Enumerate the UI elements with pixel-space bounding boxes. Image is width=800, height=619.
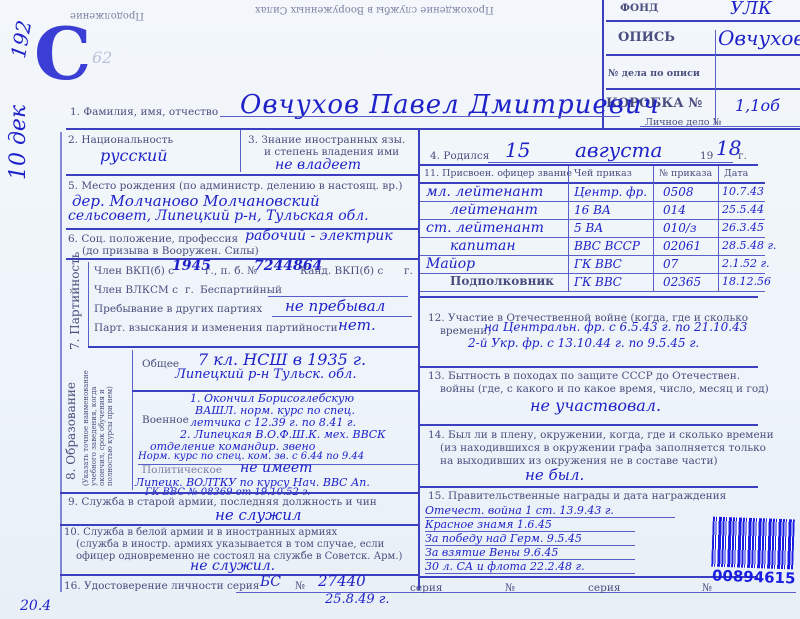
ranks-header-cell: Чей приказ — [574, 168, 632, 179]
id-card-series2-label: серия — [410, 582, 442, 594]
margin-note-vertical: 10 дек — [6, 105, 31, 180]
birth-label: 4. Родился — [430, 150, 489, 162]
ranks-header-cell: 11. Присвоен. офицер звание — [424, 168, 572, 179]
rank-date: 25.5.44 — [722, 203, 764, 216]
rank-name: мл. лейтенант — [426, 184, 543, 200]
barcode-number: 00894615 — [712, 567, 796, 588]
birth-day: 15 — [505, 138, 530, 162]
social-label-1: 6. Соц. положение, профессия — [68, 233, 238, 245]
languages-label-1: 3. Знание иностранных язы. — [248, 134, 405, 146]
languages-value: не владеет — [275, 157, 361, 173]
personnel-record-card: Продолжение Прохождение службы в Вооруже… — [0, 0, 800, 619]
captivity-label-1: 14. Был ли в плену, окружении, когда, гд… — [428, 429, 774, 441]
award-item: Отечест. война 1 ст. 13.9.43 г. — [425, 504, 675, 518]
rank-order-number: 0508 — [663, 185, 694, 199]
vlksm-label: Член ВЛКСМ с — [94, 284, 178, 296]
id-card-number-label: № — [295, 580, 305, 592]
ranks-table: 11. Присвоен. офицер званиеЧей приказ№ п… — [420, 166, 765, 292]
id-card-label: 16. Удостоверение личности серия — [64, 580, 259, 592]
general-edu-value-2: Липецкий р-н Тульск. обл. — [175, 367, 356, 382]
campaigns-value: не участвовал. — [530, 396, 661, 415]
white-army-label-2: (служба в иностр. армиях указывается в т… — [76, 539, 384, 550]
rank-order-number: 02365 — [663, 275, 701, 289]
rank-order-number: 07 — [663, 257, 678, 271]
penalties-value: нет. — [338, 316, 376, 334]
ranks-header-cell: Дата — [724, 168, 748, 179]
other-parties-label: Пребывание в других партиях — [94, 303, 262, 315]
rank-order-by: ГК ВВС — [574, 275, 622, 289]
fond-value: УЛК — [730, 0, 772, 19]
award-item: За победу над Герм. 9.5.45 — [425, 532, 635, 546]
korobka-value: 1,1об — [735, 96, 780, 115]
award-item: 30 л. СА и флота 22.2.48 г. — [425, 560, 635, 574]
white-army-label-1: 10. Служба в белой армии и в иностранных… — [64, 527, 337, 538]
delo-label: № дела по описи — [608, 68, 700, 79]
id-card-series: БС — [260, 574, 281, 590]
rank-date: 10.7.43 — [722, 185, 764, 198]
corner-note: 20.4 — [20, 598, 51, 614]
political-edu-label: Политическое — [142, 464, 222, 476]
rank-name: Майор — [426, 256, 475, 272]
rank-order-by: Центр. фр. — [574, 185, 647, 199]
rank-name: лейтенант — [450, 202, 538, 218]
awards-label: 15. Правительственные награды и дата наг… — [428, 490, 726, 502]
rank-order-by: 5 ВА — [574, 221, 603, 235]
rank-name: Подполковник — [450, 274, 554, 288]
white-army-value: не служил. — [190, 558, 275, 574]
rank-date: 28.5.48 г. — [722, 239, 777, 252]
card-label: г., п. б. № — [205, 265, 257, 277]
opis-value: Овчухов — [718, 26, 800, 50]
id-card-number2-label: № — [505, 582, 515, 594]
rank-order-number: 014 — [663, 203, 686, 217]
captivity-value: не был. — [525, 466, 584, 484]
vkp-label: Член ВКП(б) с — [94, 265, 174, 277]
campaigns-label-1: 13. Бытность в походах по защите СССР до… — [428, 370, 740, 382]
other-parties-value: не пребывал — [285, 297, 385, 315]
party-section-label: 7. Партийность — [68, 252, 82, 350]
birth-year-prefix: 19 — [700, 150, 713, 162]
id-card-series3-label: серия — [588, 582, 620, 594]
mirrored-text-right: Прохождение службы в Вооруженных Силах — [255, 4, 494, 15]
birthplace-label: 5. Место рождения (по администр. делению… — [68, 180, 402, 192]
old-army-value: не служил — [215, 506, 301, 524]
rank-date: 26.3.45 — [722, 221, 764, 234]
id-card-number3-label: № — [702, 582, 712, 594]
birth-month: августа — [575, 138, 662, 162]
candidate-label: Канд. ВКП(б) с — [300, 265, 383, 277]
rank-order-by: 16 ВА — [574, 203, 611, 217]
rank-date: 18.12.56 — [722, 275, 771, 288]
education-section-note: (Указать точное наименование учебного за… — [82, 356, 114, 486]
rank-order-by: ГК ВВС — [574, 257, 622, 271]
nationality-value: русский — [100, 146, 168, 165]
political-edu-value: не имеет — [240, 460, 312, 476]
barcode — [711, 517, 795, 570]
ranks-row-divider — [420, 291, 765, 292]
rank-date: 2.1.52 г. — [722, 257, 770, 270]
birthplace-value-2: сельсовет, Липецкий р-н, Тульская обл. — [68, 208, 369, 224]
stamp-letter: С — [34, 18, 91, 90]
id-card-number: 27440 — [318, 572, 366, 590]
education-section-label: 8. Образование — [64, 382, 78, 480]
war-value-2: 2-й Укр. фр. с 13.10.44 г. по 9.5.45 г. — [468, 336, 699, 350]
rank-name: ст. лейтенант — [426, 220, 544, 236]
award-item: За взятие Вены 9.6.45 — [425, 546, 635, 560]
ranks-header-cell: № приказа — [659, 168, 712, 179]
general-edu-label: Общее — [142, 358, 179, 370]
rank-order-number: 010/з — [663, 221, 697, 235]
nonparty-label: Беспартийный — [200, 284, 282, 296]
rank-order-by: ВВС ВССР — [574, 239, 640, 253]
captivity-label-2: (из находившихся в окружении графа запол… — [440, 442, 766, 454]
margin-note-top: 192 — [6, 18, 36, 60]
candidate-suffix: г. — [404, 265, 413, 277]
birth-year-end: г. — [738, 150, 747, 162]
opis-label: ОПИСЬ — [618, 30, 675, 45]
penalties-label: Парт. взыскания и изменения партийности — [94, 322, 338, 334]
vlksm-suffix: г. — [185, 284, 194, 296]
nationality-label: 2. Национальность — [68, 134, 173, 146]
name-label: 1. Фамилия, имя, отчество — [70, 106, 218, 118]
campaigns-label-2: войны (где, с какого и по какое время, ч… — [440, 383, 769, 395]
award-item: Красное знамя 1.6.45 — [425, 518, 635, 532]
fond-label: ФОНД — [620, 2, 658, 14]
military-edu-label: Военное — [142, 414, 189, 426]
id-card-date: 25.8.49 г. — [325, 592, 389, 607]
rank-order-number: 02061 — [663, 239, 701, 253]
war-value-1: на Центральн. фр. с 6.5.43 г. по 21.10.4… — [484, 320, 747, 334]
faded-number: 62 — [92, 48, 112, 67]
social-value: рабочий - электрик — [245, 228, 393, 244]
social-label-2: (до призыва в Вооружен. Силы) — [82, 245, 259, 257]
rank-name: капитан — [450, 238, 516, 254]
